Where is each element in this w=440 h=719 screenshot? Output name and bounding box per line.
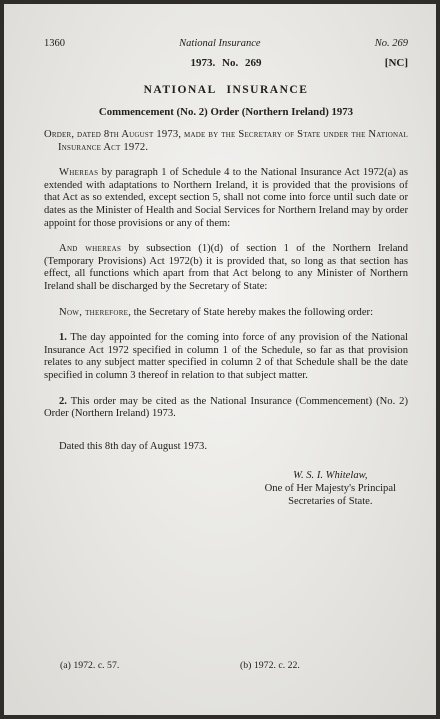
- running-title: National Insurance: [179, 38, 260, 49]
- document-title: NATIONAL INSURANCE: [44, 84, 408, 96]
- nc-tag: [NC]: [385, 57, 408, 69]
- signatory-title-line-2: Secretaries of State.: [265, 496, 396, 509]
- now-therefore-lead: Now, therefore: [59, 307, 128, 318]
- and-whereas-lead: And whereas: [59, 243, 121, 254]
- now-therefore-paragraph: Now, therefore, the Secretary of State h…: [44, 307, 408, 320]
- dated-line: Dated this 8th day of August 1973.: [44, 441, 408, 454]
- issue-reference: No. 269: [375, 38, 408, 49]
- page-content: 1360 National Insurance No. 269 1973. No…: [4, 4, 436, 453]
- article-1-text: The day appointed for the coming into fo…: [44, 332, 408, 381]
- article-2-number: 2.: [59, 396, 67, 407]
- recital-order-line: Order, dated 8th August 1973, made by th…: [44, 129, 408, 154]
- order-number-line: 1973. No. 269 [NC]: [44, 57, 408, 69]
- article-2: 2. This order may be cited as the Nation…: [44, 396, 408, 421]
- article-1-number: 1.: [59, 332, 67, 343]
- now-therefore-text: , the Secretary of State hereby makes th…: [128, 307, 373, 318]
- signatory-title-line-1: One of Her Majesty's Principal: [265, 483, 396, 496]
- footnote-a: (a) 1972. c. 57.: [60, 660, 119, 671]
- article-1: 1. The day appointed for the coming into…: [44, 332, 408, 382]
- signature-block: W. S. I. Whitelaw, One of Her Majesty's …: [265, 470, 396, 508]
- footnote-b: (b) 1972. c. 22.: [240, 660, 300, 671]
- order-number: 1973. No. 269: [191, 57, 262, 69]
- whereas-paragraph-2: And whereas by subsection (1)(d) of sect…: [44, 243, 408, 293]
- signatory-name: W. S. I. Whitelaw,: [265, 470, 396, 483]
- whereas-text: by paragraph 1 of Schedule 4 to the Nati…: [44, 167, 408, 228]
- scanned-document-page: 1360 National Insurance No. 269 1973. No…: [0, 0, 440, 719]
- document-subtitle: Commencement (No. 2) Order (Northern Ire…: [44, 106, 408, 118]
- page-number: 1360: [44, 38, 65, 49]
- whereas-lead: Whereas: [59, 167, 98, 178]
- page-header: 1360 National Insurance No. 269: [44, 38, 408, 49]
- article-2-text: This order may be cited as the National …: [44, 396, 408, 420]
- whereas-paragraph-1: Whereas by paragraph 1 of Schedule 4 to …: [44, 167, 408, 230]
